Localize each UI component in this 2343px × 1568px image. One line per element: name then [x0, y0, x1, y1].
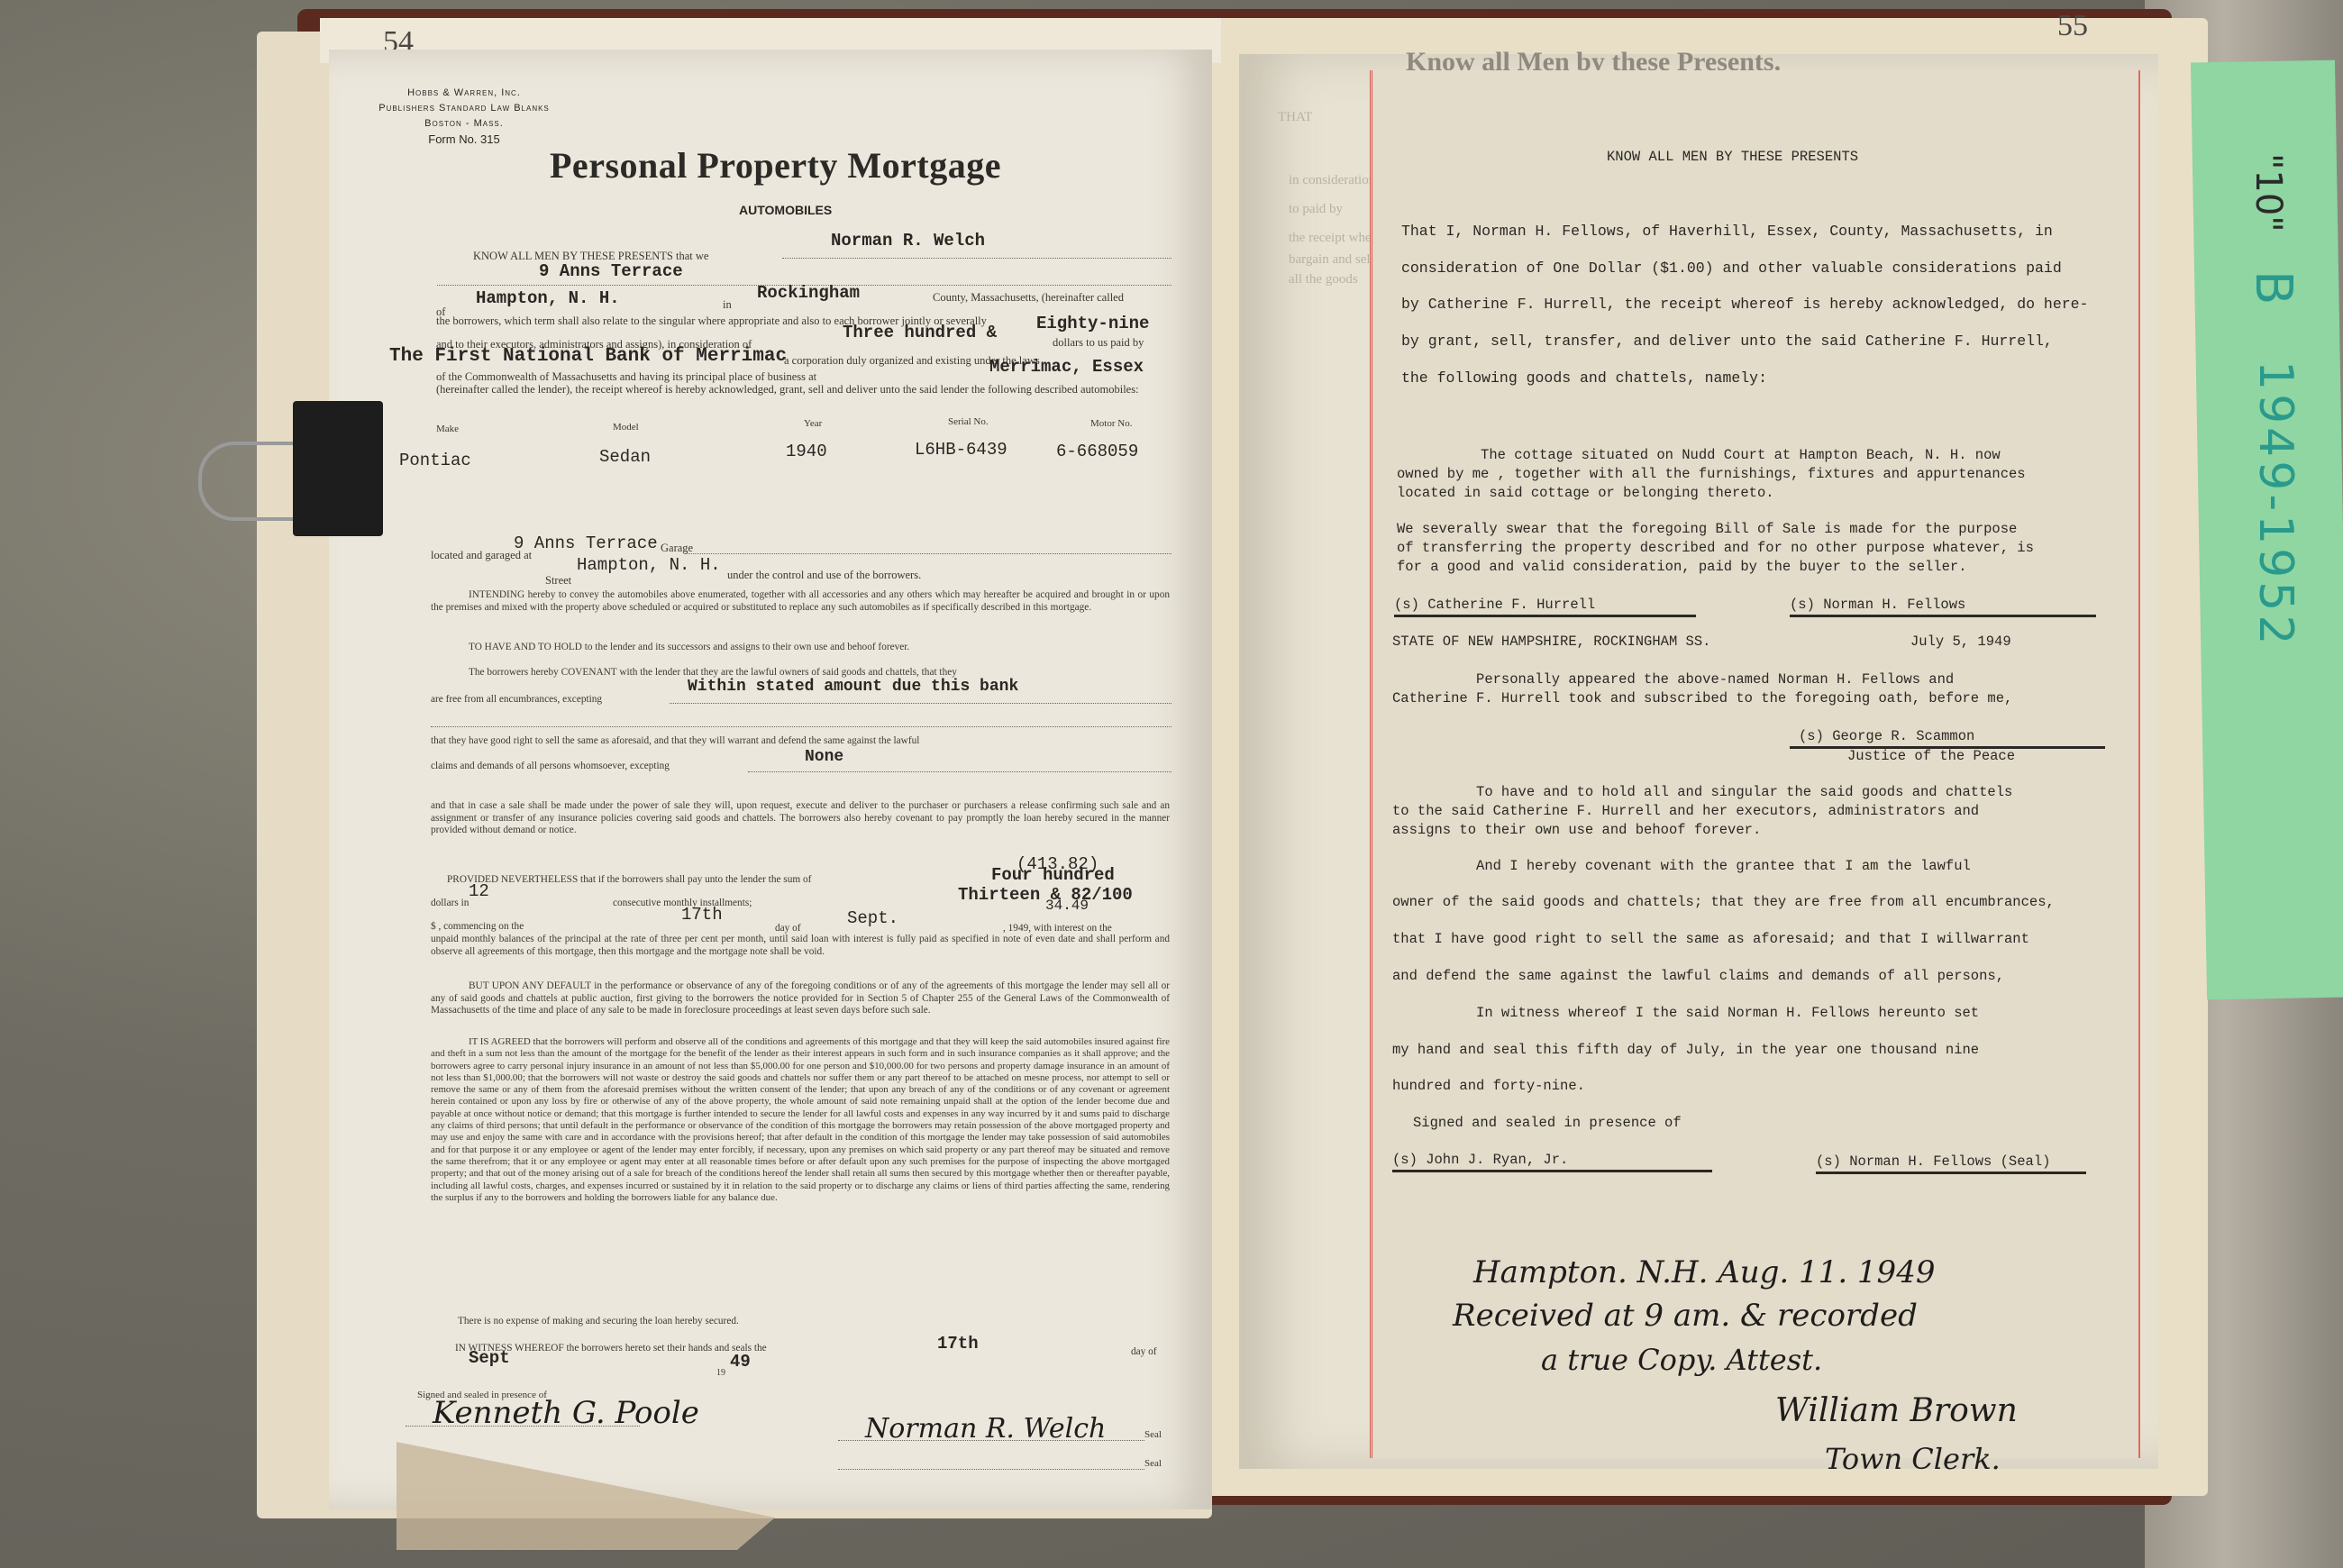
encumbrances-label: are free from all encumbrances, exceptin…: [431, 692, 602, 707]
rule: [670, 703, 1171, 704]
to-have-paragraph: TO HAVE AND TO HOLD to the lender and it…: [431, 642, 1170, 654]
in-label: in: [723, 297, 732, 312]
sum-words-1: Four hundred: [991, 865, 1115, 885]
witness-day-of: day of: [1131, 1345, 1157, 1359]
typed-insert-sheet: [1370, 70, 2140, 1458]
borrower-address: 9 Anns Terrace: [539, 261, 683, 281]
para3-line1: We severally swear that the foregoing Bi…: [1397, 521, 2017, 537]
witness-year-suffix: 49: [730, 1352, 751, 1372]
witness-line2: my hand and seal this fifth day of July,…: [1392, 1042, 1979, 1058]
clerk-signature: William Brown: [1775, 1392, 2018, 1429]
jp-title: Justice of the Peace: [1847, 748, 2015, 764]
seal-label-2: Seal: [1144, 1456, 1162, 1471]
publisher-tagline: Publishers Standard Law Blanks: [374, 101, 554, 116]
faded-margin-0: THAT: [1278, 110, 1312, 125]
commencing-label: $ , commencing on the: [431, 919, 524, 934]
binder-clip: [293, 401, 383, 536]
seal-label-1: Seal: [1144, 1427, 1162, 1442]
seller-signature: (s) Norman H. Fellows: [1790, 597, 2096, 617]
publisher-city: Boston - Mass.: [374, 116, 554, 132]
witness-john-ryan: (s) John J. Ryan, Jr.: [1392, 1152, 1712, 1172]
witness-year-prefix: 19: [716, 1366, 725, 1381]
claims-value: None: [805, 748, 843, 766]
borrower-town: Hampton, N. H.: [476, 288, 620, 308]
jp-signature: (s) George R. Scammon: [1790, 728, 2105, 749]
clerk-title: Town Clerk.: [1825, 1442, 2001, 1476]
col-year: Year: [804, 416, 822, 431]
witness-day: 17th: [937, 1334, 979, 1354]
rule: [748, 771, 1171, 772]
tab-years: 1949-1952: [2248, 360, 2302, 648]
para3-line3: for a good and valid consideration, paid…: [1397, 559, 1967, 575]
to-have-line2: to the said Catherine F. Hurrell and her…: [1392, 803, 1979, 819]
tab-mark: "10": [2247, 153, 2289, 232]
para3-line2: of transferring the property described a…: [1397, 540, 2034, 556]
consideration-amount-2: Eighty-nine: [1036, 314, 1149, 333]
lender-location: Merrimac, Essex: [989, 357, 1144, 377]
appeared-line2: Catherine F. Hurrell took and subscribed…: [1392, 690, 2012, 707]
seller-seal-signature: (s) Norman H. Fellows (Seal): [1816, 1153, 2086, 1174]
default-paragraph: BUT UPON ANY DEFAULT in the performance …: [431, 980, 1170, 1017]
col-motor: Motor No.: [1090, 416, 1132, 431]
rule: [685, 553, 1171, 554]
vehicle-motor: 6-668059: [1056, 442, 1138, 461]
provided-label: PROVIDED NEVERTHELESS that if the borrow…: [447, 872, 811, 887]
warrant-paragraph: that they have good right to sell the sa…: [431, 735, 1170, 748]
commencing-day: 17th: [681, 905, 723, 925]
lender-name: The First National Bank of Merrimac: [389, 346, 787, 367]
dollars-in-label: dollars in: [431, 896, 469, 910]
para2-line3: located in said cottage or belonging the…: [1397, 485, 1774, 501]
to-have-line1: To have and to hold all and singular the…: [1392, 784, 2012, 800]
col-serial: Serial No.: [948, 415, 989, 429]
buyer-signature: (s) Catherine F. Hurrell: [1394, 597, 1696, 617]
bill-heading: KNOW ALL MEN BY THESE PRESENTS: [1607, 149, 1858, 165]
para1-line5: the following goods and chattels, namely…: [1401, 369, 1767, 387]
para1-line2: consideration of One Dollar ($1.00) and …: [1401, 260, 2062, 277]
mortgage-form-page: [329, 50, 1212, 1509]
document-subtitle: AUTOMOBILES: [739, 203, 832, 217]
faded-margin-4: bargain and sell: [1289, 252, 1374, 268]
para1-line3: by Catherine F. Hurrell, the receipt whe…: [1401, 296, 2088, 313]
state-date: July 5, 1949: [1910, 634, 2011, 650]
vehicle-serial: L6HB-6439: [915, 440, 1007, 460]
para2-line2: owned by me , together with all the furn…: [1397, 466, 2026, 482]
col-model: Model: [613, 420, 639, 434]
no-expense-paragraph: There is no expense of making and securi…: [431, 1316, 1170, 1328]
sale-paragraph: and that in case a sale shall be made un…: [431, 800, 1170, 837]
rule: [838, 1440, 1144, 1441]
para2-line1: The cottage situated on Nudd Court at Ha…: [1397, 447, 2001, 463]
interest-paragraph: unpaid monthly balances of the principal…: [431, 934, 1170, 958]
document-title: Personal Property Mortgage: [550, 144, 1001, 187]
rule: [431, 726, 1171, 727]
vehicle-make: Pontiac: [399, 451, 471, 470]
covenant-line2: owner of the said goods and chattels; th…: [1392, 894, 2055, 910]
tab-letter: B: [2244, 270, 2302, 305]
rule: [406, 1426, 640, 1427]
intending-paragraph: INTENDING hereby to convey the automobil…: [431, 589, 1170, 614]
agreed-paragraph: IT IS AGREED that the borrowers will per…: [431, 1036, 1170, 1204]
para1-line1: That I, Norman H. Fellows, of Haverhill,…: [1401, 223, 2053, 240]
witness-line3: hundred and forty-nine.: [1392, 1078, 1585, 1094]
installment-amount: 34.49: [1045, 898, 1089, 914]
witness-month: Sept: [469, 1348, 510, 1368]
state-line: STATE OF NEW HAMPSHIRE, ROCKINGHAM SS.: [1392, 634, 1710, 650]
witness-line1: In witness whereof I the said Norman H. …: [1392, 1005, 1979, 1021]
rule: [782, 258, 1171, 259]
faded-margin-2: to paid by: [1289, 202, 1343, 217]
covenant-line4: and defend the same against the lawful c…: [1392, 968, 2004, 984]
signed-presence: Signed and sealed in presence of: [1413, 1115, 1682, 1131]
consideration-amount-1: Three hundred &: [843, 323, 997, 342]
recording-line1: Hampton. N.H. Aug. 11. 1949: [1473, 1254, 1935, 1290]
form-number: Form No. 315: [374, 132, 554, 147]
rule: [838, 1469, 1144, 1470]
lender-clause: (hereinafter called the lender), the rec…: [436, 382, 1175, 397]
to-have-line3: assigns to their own use and behoof fore…: [1392, 822, 1761, 838]
col-make: Make: [436, 422, 459, 436]
faded-margin-5: all the goods: [1289, 272, 1358, 287]
para1-line4: by grant, sell, transfer, and deliver un…: [1401, 333, 2053, 350]
publisher-block: Hobbs & Warren, Inc. Publishers Standard…: [374, 86, 554, 147]
county: Rockingham: [757, 283, 860, 303]
vehicle-year: 1940: [786, 442, 827, 461]
garaged-address: 9 Anns Terrace: [514, 533, 658, 553]
claims-label: claims and demands of all persons whomso…: [431, 759, 670, 773]
commencing-month: Sept.: [847, 908, 898, 928]
street-label: Street: [545, 573, 571, 588]
installments-count: 12: [469, 881, 489, 901]
covenant-line3: that I have good right to sell the same …: [1392, 931, 2029, 947]
encumbrances-value: Within stated amount due this bank: [688, 678, 1018, 696]
publisher-name: Hobbs & Warren, Inc.: [374, 86, 554, 101]
paid-by-label: dollars to us paid by: [1053, 335, 1144, 350]
page-number-right: 55: [2057, 9, 2088, 43]
county-suffix: County, Massachusetts, (hereinafter call…: [933, 290, 1124, 305]
recording-line2: Received at 9 am. & recorded: [1453, 1298, 1918, 1334]
control-clause: under the control and use of the borrowe…: [727, 568, 921, 582]
recording-line3: a true Copy. Attest.: [1541, 1343, 1822, 1377]
vehicle-model: Sedan: [599, 447, 651, 467]
covenant-line1: And I hereby covenant with the grantee t…: [1392, 858, 1971, 874]
garaged-town: Hampton, N. H.: [577, 555, 721, 575]
borrower-name: Norman R. Welch: [831, 231, 985, 251]
appeared-line1: Personally appeared the above-named Norm…: [1392, 671, 1954, 688]
